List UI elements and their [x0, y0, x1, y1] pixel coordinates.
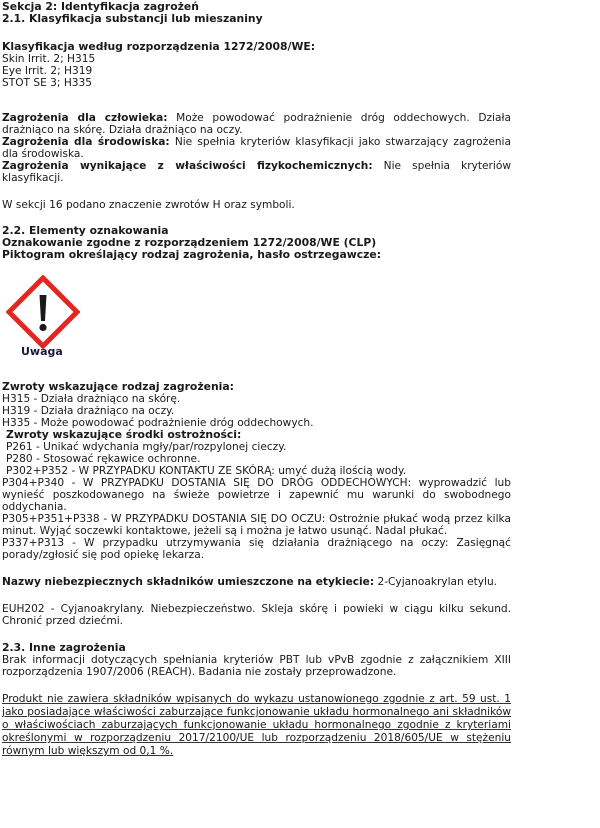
euh-phrase: EUH202 - Cyjanoakrylany. Niebezpieczeńst… [2, 603, 511, 627]
hazard-human: Zagrożenia dla człowieka: Może powodować… [2, 112, 511, 136]
p-phrase: P261 - Unikać wdychania mgły/par/rozpylo… [6, 441, 511, 453]
classification-item: Skin Irrit. 2; H315 [2, 53, 511, 65]
exclamation-mark-icon [6, 275, 80, 349]
hazard-label: Zagrożenia dla środowiska: [2, 136, 170, 148]
label-ingredients-label: Nazwy niebezpiecznych składników umieszc… [2, 576, 374, 588]
h-phrase: H315 - Działa drażniąco na skórę. [2, 393, 511, 405]
subsection-2-3-title: 2.3. Inne zagrożenia [2, 642, 511, 654]
subsection-2-1-title: 2.1. Klasyfikacja substancji lub mieszan… [2, 13, 511, 25]
p-phrase: P304+P340 - W PRZYPADKU DOSTANIA SIĘ DO … [2, 477, 511, 513]
p-phrase: P280 - Stosować rękawice ochronne. [6, 453, 511, 465]
p-phrase: P302+P352 - W PRZYPADKU KONTAKTU ZE SKÓR… [6, 465, 511, 477]
label-ingredients: Nazwy niebezpiecznych składników umieszc… [2, 576, 511, 588]
h-phrase: H319 - Działa drażniąco na oczy. [2, 405, 511, 417]
classification-item: Eye Irrit. 2; H319 [2, 65, 511, 77]
p-phrases-heading: Zwroty wskazujące środki ostrożności: [6, 429, 511, 441]
ghs-pictogram: Uwaga [2, 269, 511, 381]
h-phrases-heading: Zwroty wskazujące rodzaj zagrożenia: [2, 381, 511, 393]
hazard-physicochemical: Zagrożenia wynikające z właściwości fizy… [2, 160, 511, 184]
classification-heading: Klasyfikacja według rozporządzenia 1272/… [2, 41, 511, 53]
endocrine-disruptor-text: Produkt nie zawiera składników wpisanych… [2, 693, 511, 758]
sds-section-2: Sekcja 2: Identyfikacja zagrożeń 2.1. Kl… [2, 1, 511, 758]
section16-note: W sekcji 16 podano znaczenie zwrotów H o… [2, 199, 511, 211]
p-phrases-block: Zwroty wskazujące środki ostrożności: P2… [2, 429, 511, 477]
classification-item: STOT SE 3; H335 [2, 77, 511, 89]
hazard-environment: Zagrożenia dla środowiska: Nie spełnia k… [2, 136, 511, 160]
label-ingredients-text: 2-Cyjanoakrylan etylu. [374, 576, 497, 588]
pbt-text: Brak informacji dotyczących spełniania k… [2, 654, 511, 678]
signal-word: Uwaga [21, 346, 63, 358]
pictogram-heading: Piktogram określający rodzaj zagrożenia,… [2, 249, 511, 261]
hazard-label: Zagrożenia dla człowieka: [2, 112, 167, 124]
p-phrase: P337+P313 - W przypadku utrzymywania się… [2, 537, 511, 561]
hazard-label: Zagrożenia wynikające z właściwości fizy… [2, 160, 373, 172]
p-phrase: P305+P351+P338 - W PRZYPADKU DOSTANIA SI… [2, 513, 511, 537]
